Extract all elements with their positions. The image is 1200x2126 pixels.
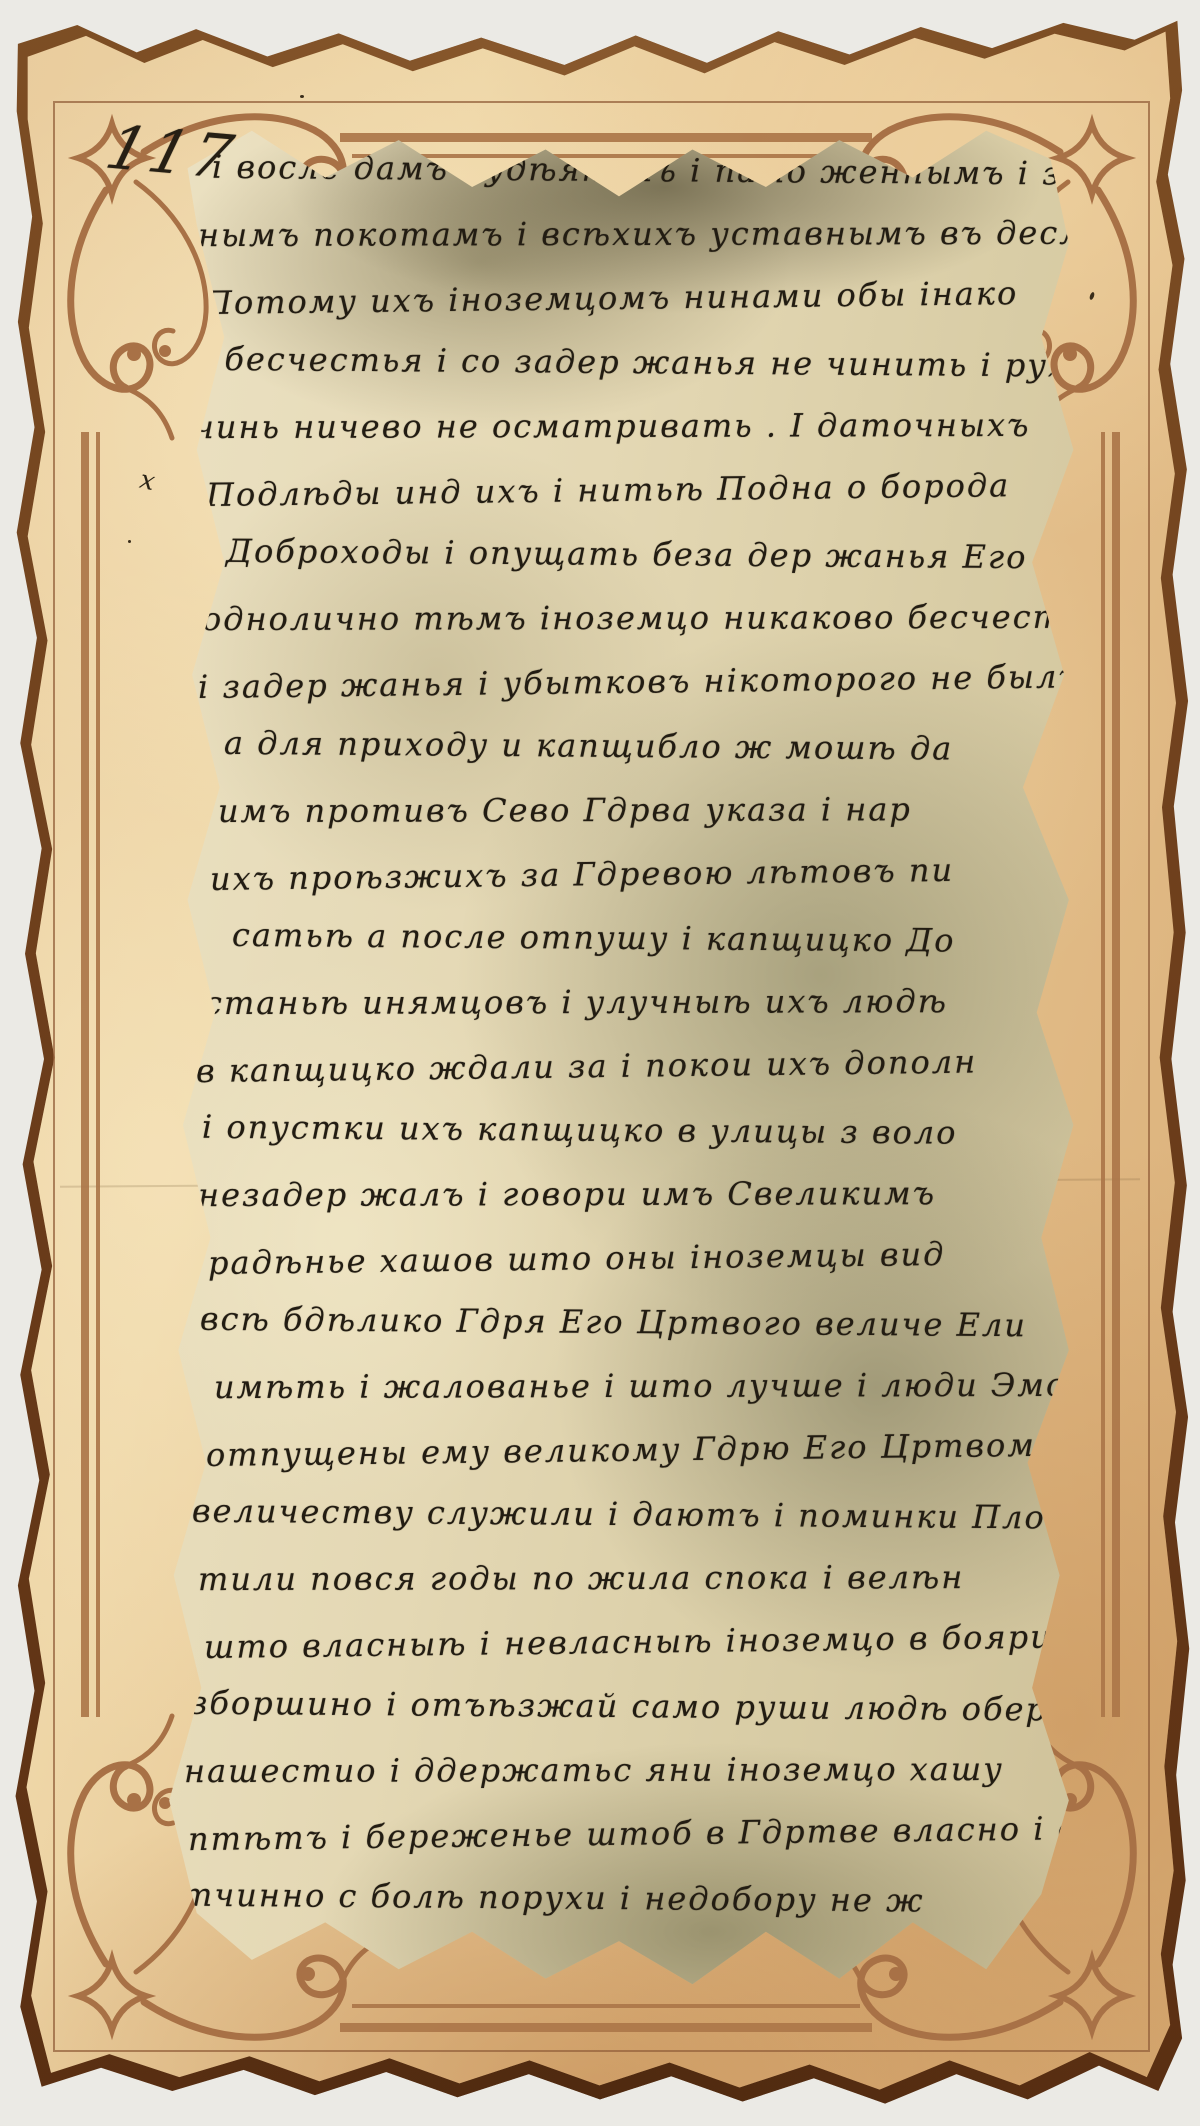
manuscript-line: в капщицко ждали за і покои ихъ дополн: [196, 1029, 1027, 1103]
manuscript-line: однолично тѣмъ іноземцо никаково бесчест…: [202, 585, 1026, 651]
manuscript-line: сатьѣ а после отпушу і капщицко До: [232, 903, 1026, 973]
page-number: 117: [99, 113, 243, 193]
manuscript-line: Подлѣды инд ихъ і нитьѣ Подна о борода: [206, 453, 1027, 527]
manuscript-line: нымъ покотамъ і всѣхихъ уставнымъ въ дес…: [198, 201, 1026, 267]
manuscript-line: имъ противъ Сево Гдрва указа і нар: [218, 777, 1026, 843]
manuscript-line: отпущены ему великому Гдрю Его Цртвом: [206, 1413, 1027, 1487]
manuscript-line: незадер жалъ і говори имъ Свеликимъ: [198, 1161, 1026, 1227]
frame-bar-left-thin: [96, 432, 100, 1717]
manuscript-line: чинь ничево не осматривать . І даточныхъ: [194, 393, 1026, 459]
manuscript-line: што власныѣ і невласныѣ іноземцо в бояри…: [204, 1605, 1027, 1679]
manuscript-line: Потому ихъ іноземцомъ нинами обы інако: [204, 261, 1027, 335]
manuscript-line: нашестио і ддержатьс яни іноземцо хашу: [184, 1737, 1026, 1803]
manuscript-line: тили повся годы по жила спока і велѣн: [198, 1545, 1026, 1611]
manuscript-line: а для приходу и капщибло ж мошѣ да: [224, 711, 1026, 781]
ink-speck: [300, 95, 304, 98]
ink-speck: [128, 540, 131, 543]
manuscript-line: птѣтъ і береженье штоб в Гдртве власно і…: [188, 1797, 1027, 1871]
manuscript-line: ихъ проѣзжихъ за Гдревою лѣтовъ пи: [210, 837, 1027, 911]
frame-bar-bottom-thick: [340, 2023, 872, 2032]
manuscript-line: имѣть і жалованье і што лучше і люди Эмо: [214, 1353, 1026, 1419]
manuscript-scan: і восле дамъ і удѣяномъ і памо женнымъ і…: [0, 0, 1200, 2126]
handwritten-text: і восле дамъ і удѣяномъ і памо женнымъ і…: [198, 138, 1026, 1930]
manuscript-line: тчинно с болѣ порухи і недобору не ж: [182, 1863, 1026, 1934]
manuscript-line: і задер жанья і убытковъ нікоторого не б…: [198, 645, 1027, 719]
frame-bar-bottom-thin: [352, 2004, 860, 2008]
manuscript-line: зборшино і отъѣзжай само руши людѣ обер: [190, 1671, 1026, 1742]
manuscript-line: Доброходы і опущать беза дер жанья Его: [226, 519, 1026, 589]
manuscript-line: всѣ бдѣлико Гдря Его Цртвого величе Ели: [200, 1287, 1026, 1357]
frame-bar-top-thin: [352, 154, 860, 158]
manuscript-line: станьѣ инямцовъ і улучныѣ ихъ людѣ: [204, 969, 1026, 1035]
manuscript-line: величеству служили і даютъ і поминки Пло: [192, 1479, 1026, 1550]
manuscript-line: і опустки ихъ капщицко в улицы з воло: [202, 1095, 1026, 1165]
frame-bar-right-thin: [1101, 432, 1105, 1717]
manuscript-line: і бесчестья і со задер жанья не чинить і…: [200, 327, 1026, 397]
frame-bar-right-thick: [1112, 432, 1120, 1717]
frame-bar-top-thick: [340, 133, 872, 142]
manuscript-line: радѣнье хашов што оны іноземцы вид: [208, 1221, 1027, 1295]
frame-bar-left-thick: [81, 432, 89, 1717]
manuscript-fragment: і восле дамъ і удѣяномъ і памо женнымъ і…: [160, 112, 1078, 1988]
